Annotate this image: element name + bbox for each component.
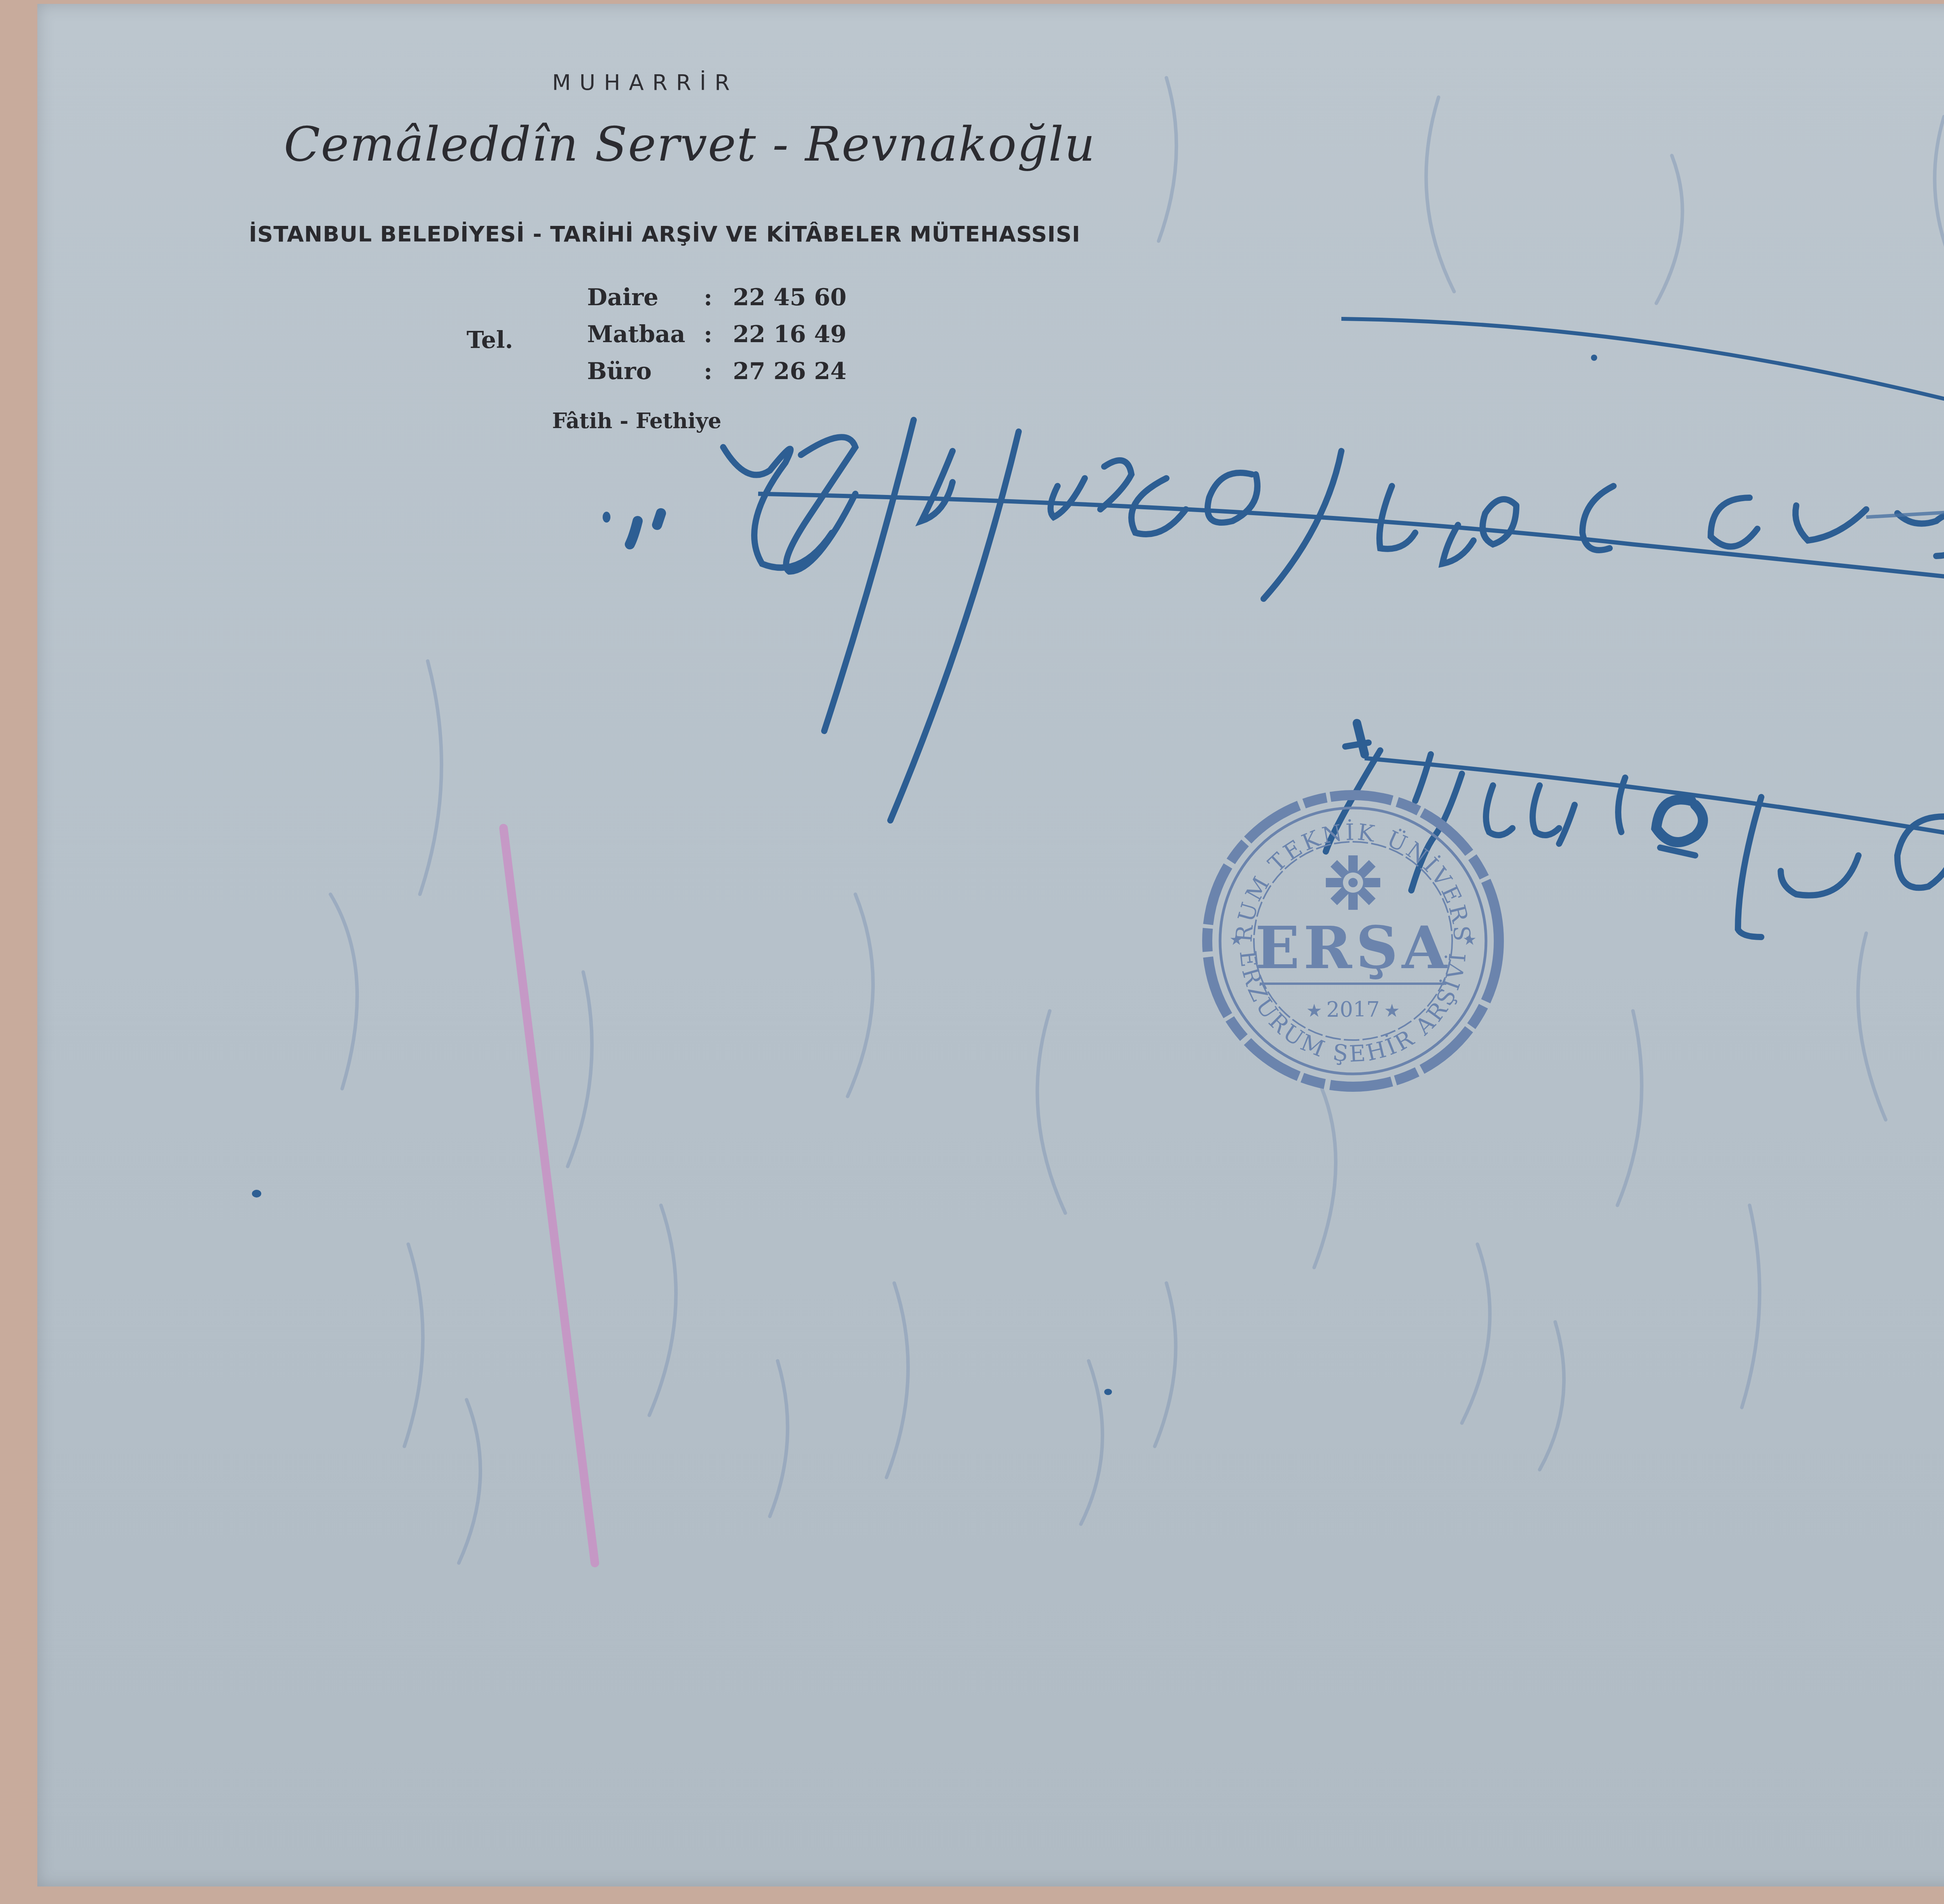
- ink-arc-line: [1341, 319, 1944, 424]
- stamp-star-icon: ★: [1384, 1000, 1400, 1021]
- handwriting-line-1: [630, 420, 1944, 820]
- stamp-star-icon: ★: [1306, 1000, 1322, 1021]
- handwriting-layer: [0, 0, 1944, 1904]
- snowflake-emblem-icon: [1326, 855, 1380, 910]
- stamp-year: 2017: [1326, 997, 1379, 1022]
- strike-line-1b: [1866, 490, 1944, 517]
- stamp-center-text: ERŞA: [1255, 914, 1451, 982]
- ersa-archive-stamp: ERZURUM TEKNİK ÜNİVERSİTESİ ERZURUM ŞEHİ…: [1198, 785, 1509, 1096]
- stamp-star-icon: ★: [1229, 931, 1243, 949]
- stamp-star-icon: ★: [1463, 931, 1477, 949]
- pink-margin-line: [503, 828, 595, 1563]
